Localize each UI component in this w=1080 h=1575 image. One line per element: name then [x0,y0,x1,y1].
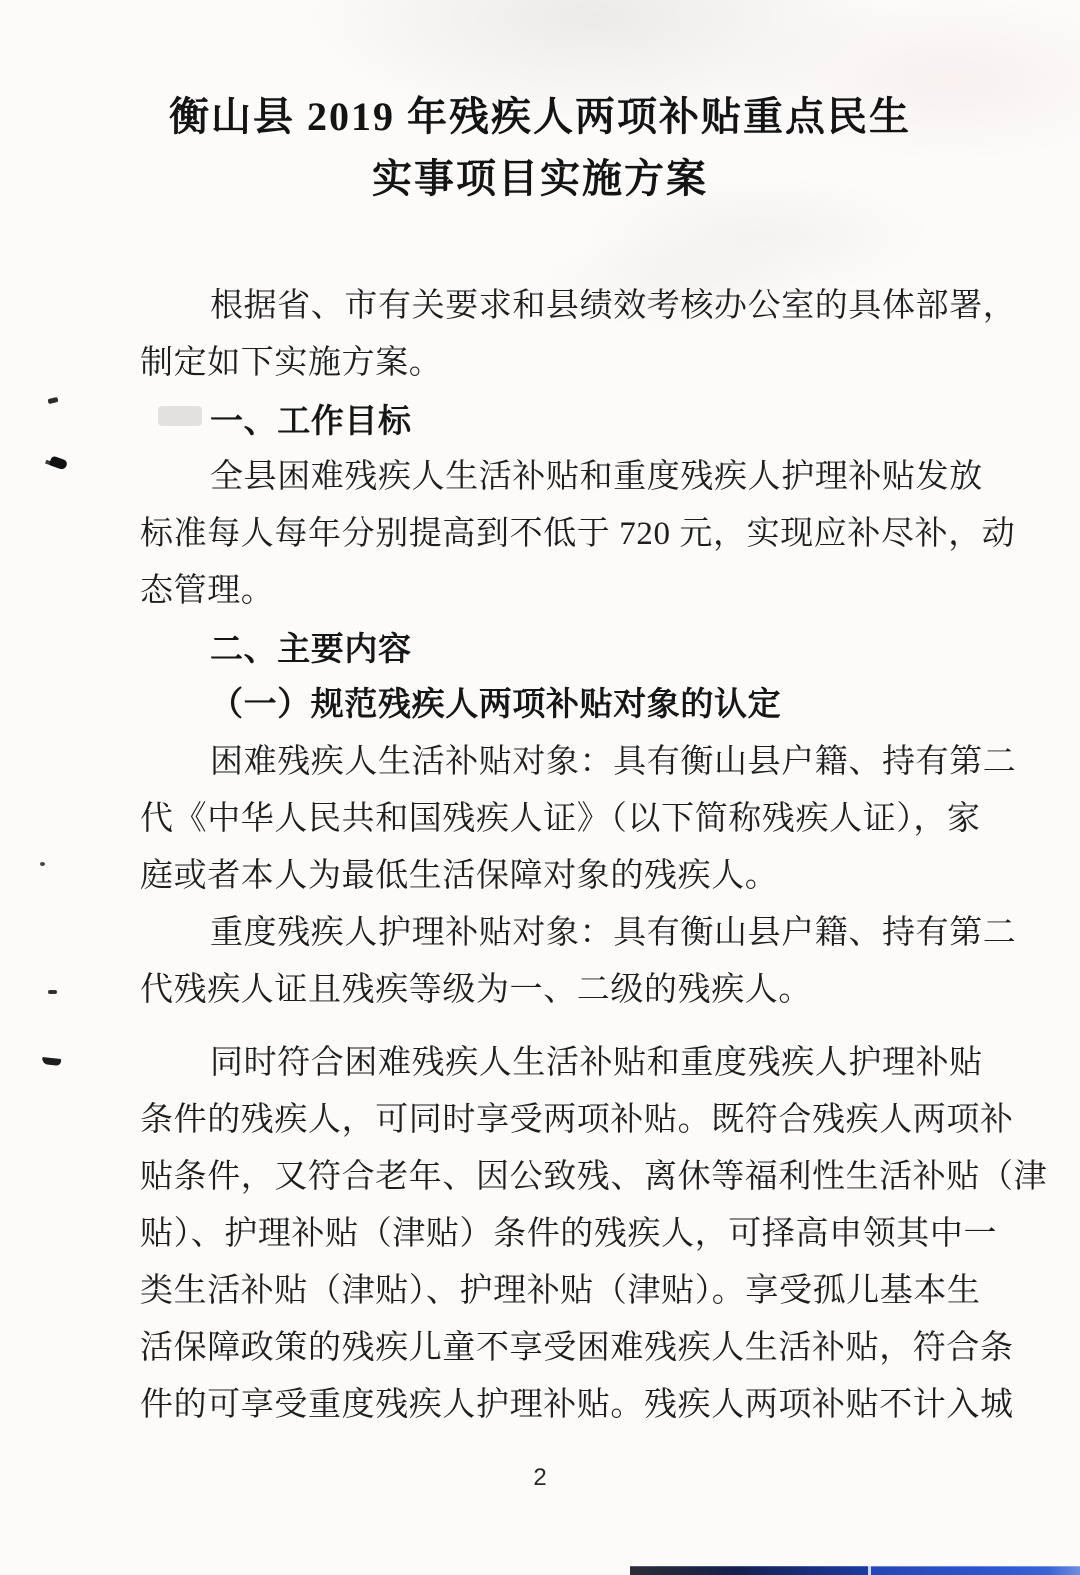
body-line: 根据省、市有关要求和县绩效考核办公室的具体部署， [140,278,952,335]
scan-artifact [40,862,45,866]
body-line: 全县困难残疾人生活补贴和重度残疾人护理补贴发放 [140,449,952,506]
scan-strip-segment-dark [630,1566,868,1575]
scan-artifact [49,455,68,470]
document-title: 衡山县 2019 年残疾人两项补贴重点民生 实事项目实施方案 [0,0,1080,210]
body-line: 制定如下实施方案。 [140,335,952,392]
body-line: 态管理。 [140,563,952,620]
body-line: 条件的残疾人，可同时享受两项补贴。既符合残疾人两项补 [140,1092,952,1149]
body-line: 件的可享受重度残疾人护理补贴。残疾人两项补贴不计入城 [140,1377,952,1434]
body-line: 代残疾人证且残疾等级为一、二级的残疾人。 [140,962,952,1019]
section-heading: 二、主要内容 [140,620,952,677]
document-title-line-2: 实事项目实施方案 [0,148,1080,210]
body-line: 庭或者本人为最低生活保障对象的残疾人。 [140,848,952,905]
body-line: 标准每人每年分别提高到不低于 720 元，实现应补尽补，动 [140,506,952,563]
section-heading: 一、工作目标 [140,392,952,449]
body-line: 重度残疾人护理补贴对象：具有衡山县户籍、持有第二 [140,905,952,962]
scan-strip-segment-blue [871,1566,1080,1575]
subsection-heading: （一）规范残疾人两项补贴对象的认定 [140,677,952,734]
scan-artifact [48,397,59,404]
scan-smudge [158,406,202,426]
document-title-line-1: 衡山县 2019 年残疾人两项补贴重点民生 [0,86,1080,148]
body-line: 困难残疾人生活补贴对象：具有衡山县户籍、持有第二 [140,734,952,791]
body-line: 贴条件，又符合老年、因公致残、离休等福利性生活补贴（津 [140,1149,952,1206]
body-line: 活保障政策的残疾儿童不享受困难残疾人生活补贴，符合条 [140,1320,952,1377]
body-line: 类生活补贴（津贴）、护理补贴（津贴）。享受孤儿基本生 [140,1263,952,1320]
body-line: 贴）、护理补贴（津贴）条件的残疾人，可择高申领其中一 [140,1206,952,1263]
body-line: 代《中华人民共和国残疾人证》（以下简称残疾人证），家 [140,791,952,848]
page-number: 2 [0,1466,1080,1490]
document-body: 根据省、市有关要求和县绩效考核办公室的具体部署， 制定如下实施方案。 一、工作目… [140,278,952,1434]
scan-artifact [42,1057,62,1066]
scan-bottom-strip [630,1566,1080,1575]
body-line: 同时符合困难残疾人生活补贴和重度残疾人护理补贴 [140,1035,952,1092]
scan-artifact [48,990,57,994]
document-page: 衡山县 2019 年残疾人两项补贴重点民生 实事项目实施方案 根据省、市有关要求… [0,0,1080,1575]
